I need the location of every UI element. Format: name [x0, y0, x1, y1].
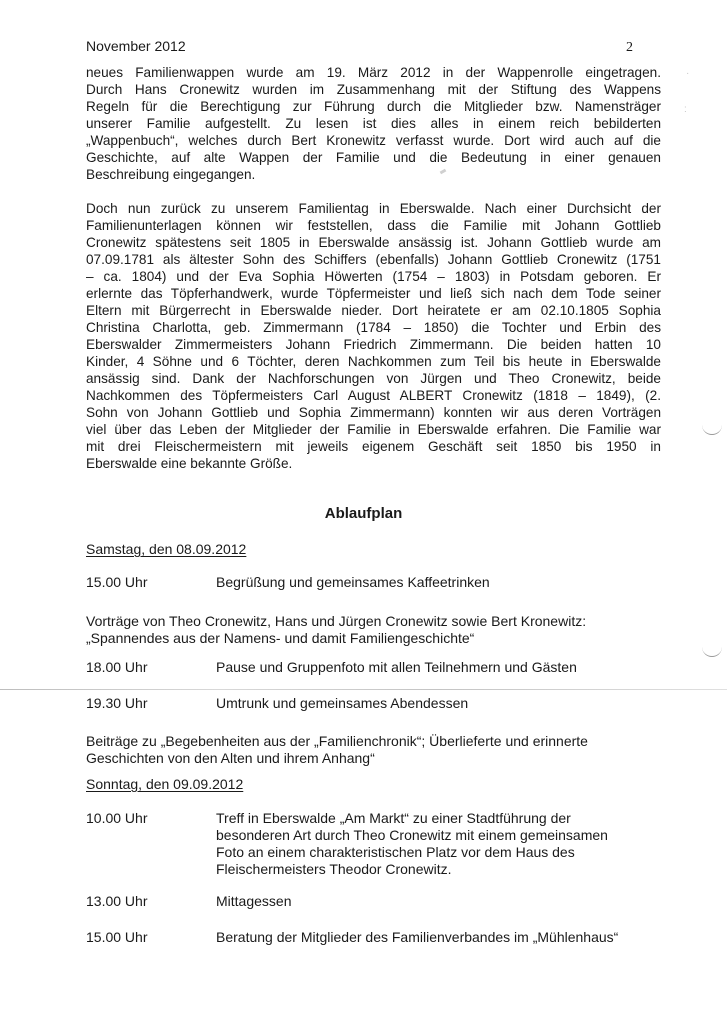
paragraph-line: Eltern mit Bürgerrecht in Eberswalde nie… [86, 302, 661, 319]
schedule-desc: Pause und Gruppenfoto mit allen Teilnehm… [216, 659, 676, 676]
paragraph-line: Geschichte, auf alte Wappen der Familie … [86, 149, 661, 166]
schedule-desc: Begrüßung und gemeinsames Kaffeetrinken [216, 574, 676, 591]
scan-speck: : [684, 104, 687, 115]
paragraph-line: mit drei Fleischermeistern mit jeweils e… [86, 438, 661, 455]
schedule-time: 13.00 Uhr [86, 893, 147, 910]
desc-line: besonderen Art durch Theo Cronewitz mit … [216, 827, 676, 844]
punch-hole-mark [702, 642, 722, 657]
note-line: Geschichten von den Alten und ihrem Anha… [86, 750, 588, 767]
paragraph-line: Durch Hans Cronewitz wurden im Zusammenh… [86, 81, 661, 98]
paragraph-line: ansässig sind. Dank der Nachforschungen … [86, 370, 661, 387]
sunday-heading: Sonntag, den 09.09.2012 [86, 776, 243, 792]
paragraph-line: Doch nun zurück zu unserem Familientag i… [86, 200, 661, 217]
paragraph-line: unserer Familie aufgestellt. Zu lesen is… [86, 115, 661, 132]
desc-line: Fleischermeisters Theodor Cronewitz. [216, 861, 676, 878]
saturday-note-chronik: Beiträge zu „Begebenheiten aus der „Fami… [86, 733, 588, 767]
paragraph-line: „Wappenbuch“, welches durch Bert Kronewi… [86, 132, 661, 149]
paragraph-line: – ca. 1804) und der Eva Sophia Höwerten … [86, 268, 661, 285]
paragraph-line: Familienunterlagen können wir feststelle… [86, 217, 661, 234]
header-date: November 2012 [86, 38, 186, 54]
scan-speck: · [686, 68, 689, 79]
saturday-note-talks: Vorträge von Theo Cronewitz, Hans und Jü… [86, 613, 586, 647]
note-line: Beiträge zu „Begebenheiten aus der „Fami… [86, 733, 588, 750]
document-page: November 2012 2 neues Familienwappen wur… [0, 0, 727, 1024]
schedule-time: 19.30 Uhr [86, 695, 147, 712]
paragraph-line: neues Familienwappen wurde am 19. März 2… [86, 64, 661, 81]
paragraph-line: Beschreibung eingegangen. [86, 166, 661, 183]
schedule-desc: Mittagessen [216, 893, 676, 910]
paragraph-line: Christina Charlotta, geb. Zimmermann (17… [86, 319, 661, 336]
schedule-desc: Beratung der Mitglieder des Familienverb… [216, 929, 676, 946]
punch-hole-mark [702, 420, 722, 435]
schedule-time: 15.00 Uhr [86, 574, 147, 591]
desc-line: Treff in Eberswalde „Am Markt“ zu einer … [216, 810, 676, 827]
desc-line: Foto an einem charakteristischen Platz v… [216, 844, 676, 861]
paragraph-line: Sohn von Johann Gottlieb und Sophia Zimm… [86, 404, 661, 421]
paragraph-line: Eberswalde eine bekannte Größe. [86, 455, 661, 472]
paragraph-line: viel über das Leben der Mitglieder der F… [86, 421, 661, 438]
schedule-desc: Treff in Eberswalde „Am Markt“ zu einer … [216, 810, 676, 878]
paragraph-line: 07.09.1781 als ältester Sohn des Schiffe… [86, 251, 661, 268]
paragraph-line: Regeln für die Berechtigung zur Führung … [86, 98, 661, 115]
schedule-time: 15.00 Uhr [86, 929, 147, 946]
paragraph-line: Nachkommen des Töpfermeisters Carl Augus… [86, 387, 661, 404]
paragraph-familientag: Doch nun zurück zu unserem Familientag i… [86, 200, 661, 472]
page-number: 2 [626, 40, 633, 56]
paragraph-line: Cronewitz spätestens seit 1805 in Ebersw… [86, 234, 661, 251]
note-line: „Spannendes aus der Namens- und damit Fa… [86, 630, 586, 647]
note-line: Vorträge von Theo Cronewitz, Hans und Jü… [86, 613, 586, 630]
schedule-time: 18.00 Uhr [86, 659, 147, 676]
paragraph-line: Eberswalder Zimmermeisters Johann Friedr… [86, 336, 661, 353]
paper-fold-line [0, 689, 727, 690]
schedule-desc: Umtrunk und gemeinsames Abendessen [216, 695, 676, 712]
paragraph-wappen: neues Familienwappen wurde am 19. März 2… [86, 64, 661, 183]
schedule-time: 10.00 Uhr [86, 810, 147, 827]
saturday-heading: Samstag, den 08.09.2012 [86, 541, 246, 557]
paragraph-line: erlernte das Töpferhandwerk, wurde Töpfe… [86, 285, 661, 302]
schedule-title: Ablaufplan [0, 505, 727, 522]
paragraph-line: Kinder, 4 Söhne und 6 Töchter, deren Nac… [86, 353, 661, 370]
